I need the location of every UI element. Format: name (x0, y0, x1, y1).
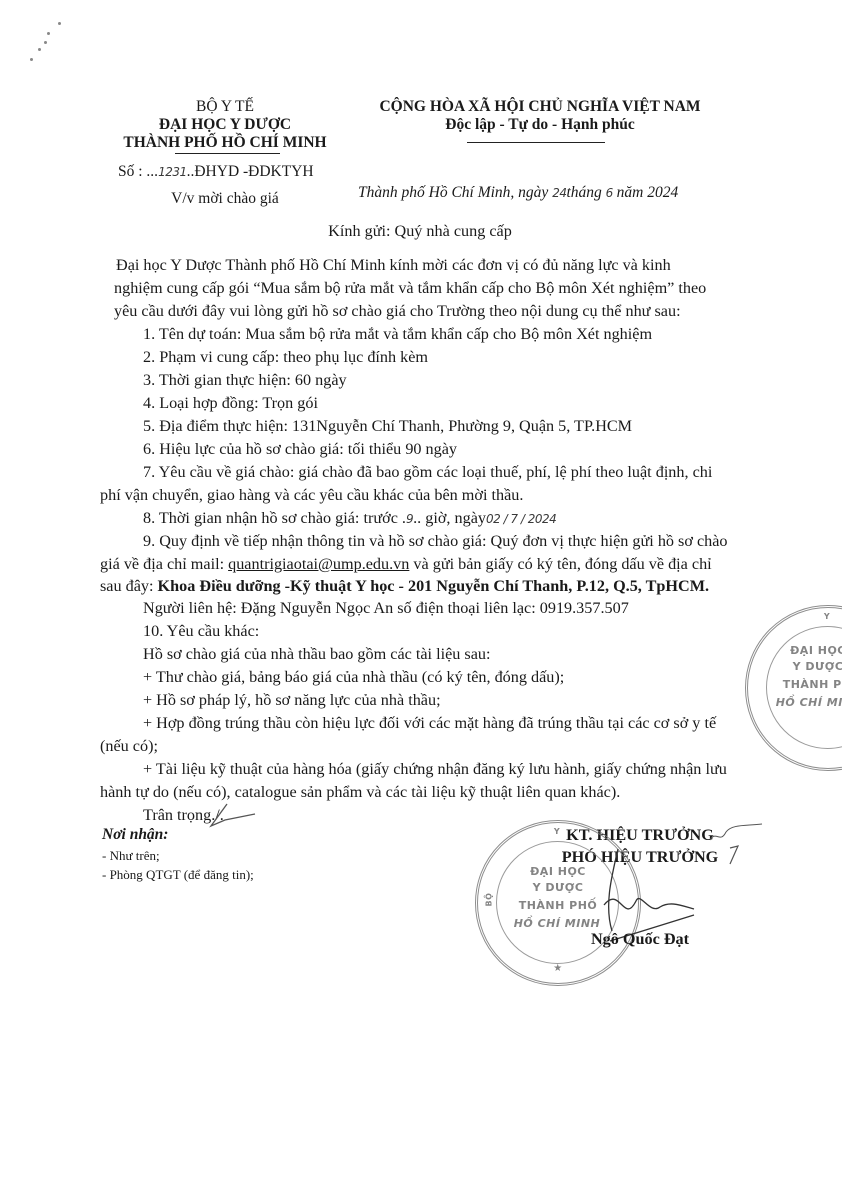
handwritten-deadline-date: 02 / 7 / 2024 (486, 512, 556, 526)
ministry-name: BỘ Y TẾ (110, 98, 340, 116)
country-name: CỘNG HÒA XÃ HỘI CHỦ NGHĨA VIỆT NAM (350, 98, 730, 116)
contact-person: Người liên hệ: Đặng Nguyễn Ngọc An số đi… (143, 599, 629, 618)
national-motto: Độc lập - Tự do - Hạnh phúc (350, 116, 730, 134)
item-9-line-3: sau đây: Khoa Điều dưỡng -Kỹ thuật Y học… (100, 577, 709, 596)
item-1: 1. Tên dự toán: Mua sắm bộ rửa mắt và tắ… (143, 325, 652, 344)
document-4-line-2: hành tự do (nếu có), catalogue sản phẩm … (100, 783, 620, 802)
item-10: 10. Yêu cầu khác: (143, 622, 259, 641)
item-7-line-2: phí vận chuyển, giao hàng và các yêu cầu… (100, 486, 523, 505)
subject-line: V/v mời chào giá (110, 190, 340, 208)
email-link[interactable]: quantrigiaotai@ump.edu.vn (228, 555, 409, 573)
document-1: + Thư chào giá, bảng báo giá của nhà thầ… (143, 668, 564, 687)
approval-mark-icon (706, 820, 766, 870)
salutation: Kính gửi: Quý nhà cung cấp (100, 222, 740, 241)
official-stamp-partial: Y ĐẠI HỌC Y DƯỢC THÀNH PHỐ HỒ CHÍ MINH (745, 605, 842, 771)
initial-signature-icon (205, 800, 265, 830)
intro-line-1: Đại học Y Dược Thành phố Hồ Chí Minh kín… (116, 256, 671, 275)
university-name-line2: THÀNH PHỐ HỒ CHÍ MINH (110, 134, 340, 152)
recipient-2: - Phòng QTGT (để đăng tin); (102, 867, 254, 883)
recipients-title: Nơi nhận: (102, 826, 168, 844)
item-7-line-1: 7. Yêu cầu về giá chào: giá chào đã bao … (143, 463, 712, 482)
document-4-line-1: + Tài liệu kỹ thuật của hàng hóa (giấy c… (143, 760, 727, 779)
header-right-rule (467, 142, 605, 143)
university-name-line1: ĐẠI HỌC Y DƯỢC (110, 116, 340, 134)
intro-line-3: yêu cầu dưới đây vui lòng gửi hồ sơ chào… (114, 302, 681, 321)
item-3: 3. Thời gian thực hiện: 60 ngày (143, 371, 347, 390)
handwritten-month: 6 (606, 186, 613, 200)
item-5: 5. Địa điểm thực hiện: 131Nguyễn Chí Tha… (143, 417, 632, 436)
submission-address: Khoa Điều dưỡng -Kỹ thuật Y học - 201 Ng… (158, 577, 709, 595)
header-left-rule (175, 153, 280, 154)
handwritten-number: 1231 (158, 165, 187, 179)
item-2: 2. Phạm vi cung cấp: theo phụ lục đính k… (143, 348, 428, 367)
document-number: Số : ...1231..ĐHYD -ĐDKTYH (118, 163, 314, 181)
document-3-line-1: + Hợp đồng trúng thầu còn hiệu lực đối v… (143, 714, 716, 733)
document-3-line-2: (nếu có); (100, 737, 158, 756)
handwritten-day: 24 (552, 186, 566, 200)
document-2: + Hồ sơ pháp lý, hồ sơ năng lực của nhà … (143, 691, 441, 710)
item-6: 6. Hiệu lực của hồ sơ chào giá: tối thiể… (143, 440, 457, 459)
signer-name: Ngô Quốc Đạt (560, 930, 720, 949)
intro-line-2: nghiệm cung cấp gói “Mua sắm bộ rửa mắt … (114, 279, 706, 298)
documents-intro: Hồ sơ chào giá của nhà thầu bao gồm các … (143, 645, 490, 664)
item-8: 8. Thời gian nhận hồ sơ chào giá: trước … (143, 509, 556, 528)
item-4: 4. Loại hợp đồng: Trọn gói (143, 394, 318, 413)
item-9-line-1: 9. Quy định về tiếp nhận thông tin và hồ… (143, 532, 728, 551)
recipient-1: - Như trên; (102, 848, 160, 864)
date-line: Thành phố Hồ Chí Minh, ngày 24tháng 6 nă… (358, 184, 678, 202)
item-9-line-2: giá về địa chỉ mail: quantrigiaotai@ump.… (100, 555, 712, 574)
